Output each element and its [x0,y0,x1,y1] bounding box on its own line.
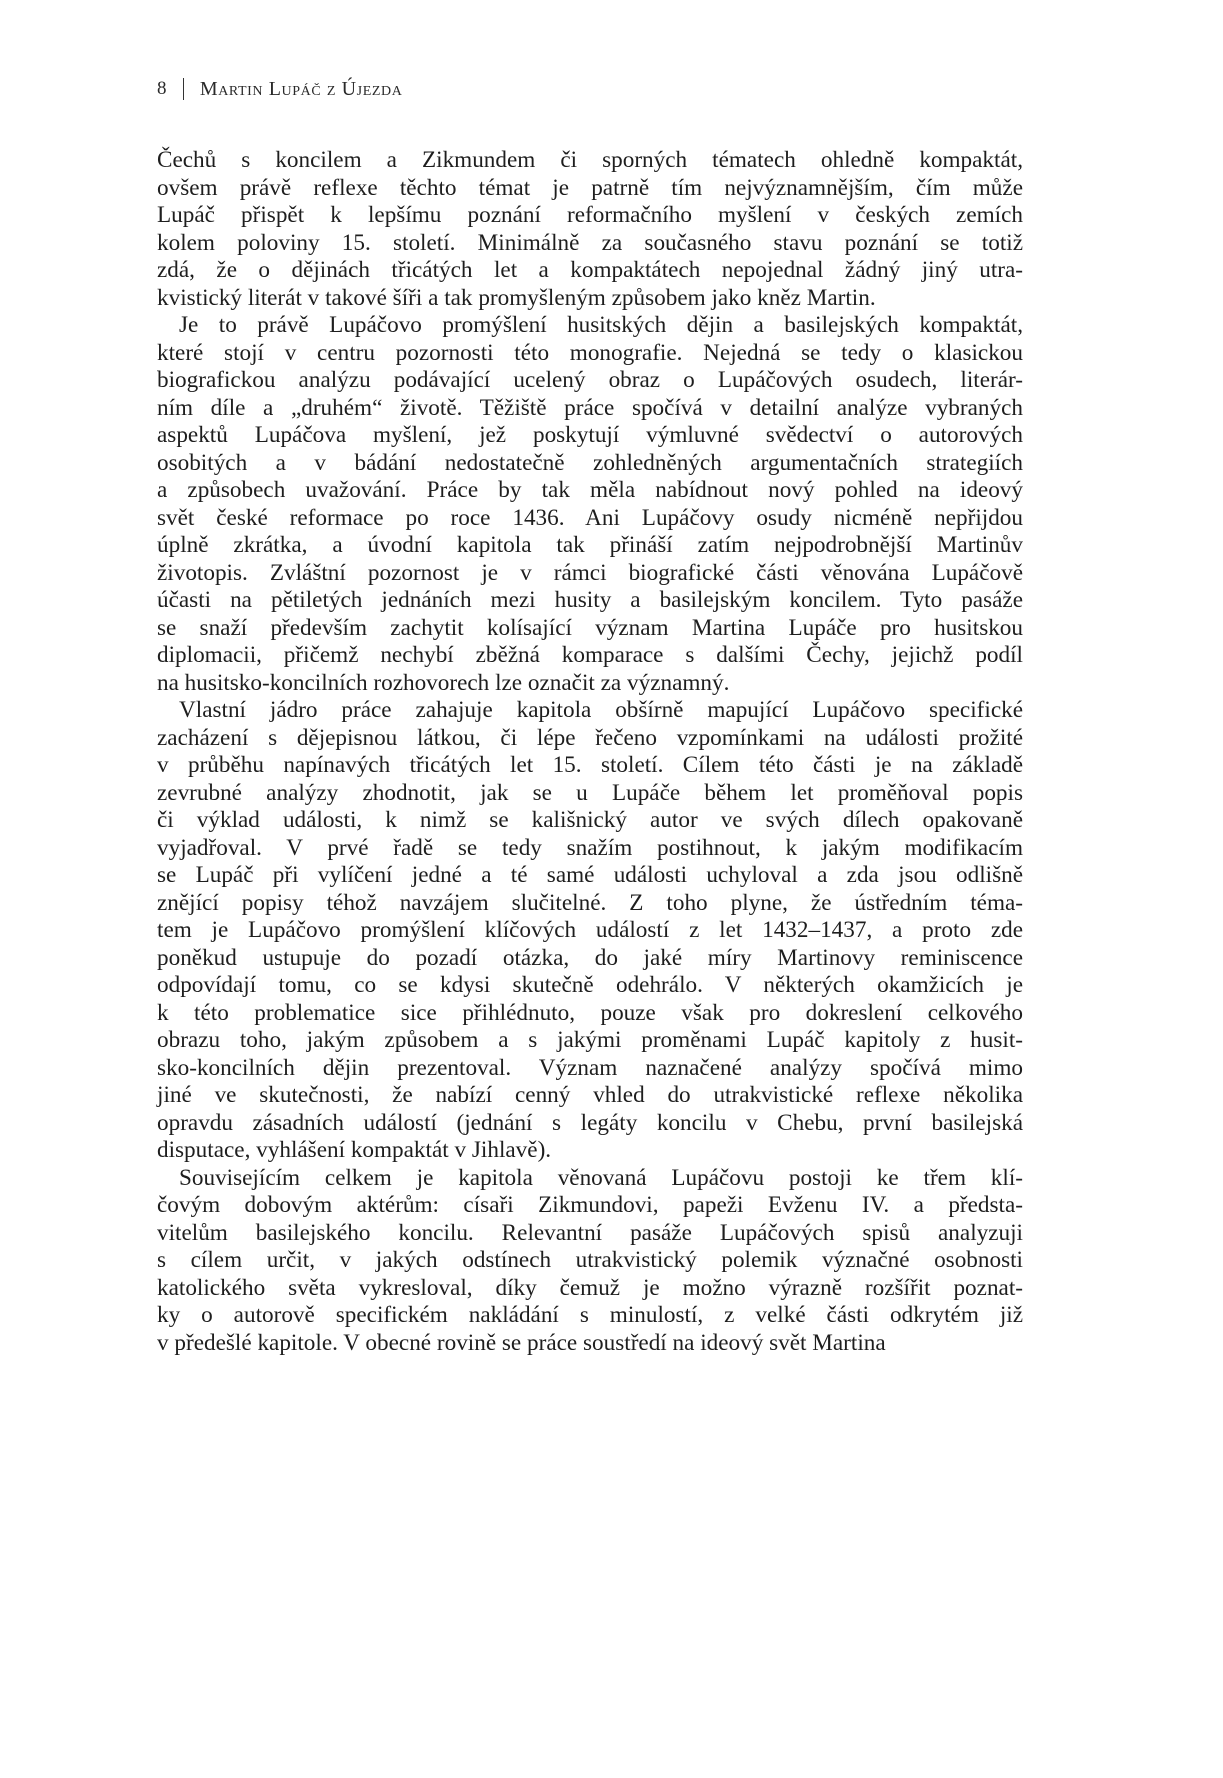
text-line: či výklad události, k nimž se kališnický… [157,807,1023,835]
paragraph: Čechů s koncilem a Zikmundem či sporných… [157,147,1023,312]
body-text: Čechů s koncilem a Zikmundem či sporných… [157,147,1023,1357]
text-line: znějící popisy téhož navzájem slučitelné… [157,890,1023,918]
text-line: svět české reformace po roce 1436. Ani L… [157,505,1023,533]
text-line: ním díle a „druhém“ životě. Těžiště prác… [157,395,1023,423]
text-line: se Lupáč při vylíčení jedné a té samé ud… [157,862,1023,890]
text-line: Lupáč přispět k lepšímu poznání reformač… [157,202,1023,230]
page-number: 8 [157,78,167,100]
paragraph: Je to právě Lupáčovo promýšlení husitský… [157,312,1023,697]
text-line: v průběhu napínavých třicátých let 15. s… [157,752,1023,780]
text-line: účasti na pětiletých jednáních mezi husi… [157,587,1023,615]
running-title: Martin Lupáč z Újezda [200,78,403,101]
text-line: Vlastní jádro práce zahajuje kapitola ob… [157,697,1023,725]
text-line: které stojí v centru pozornosti této mon… [157,340,1023,368]
text-line: zacházení s dějepisnou látkou, či lépe ř… [157,725,1023,753]
text-line: s cílem určit, v jakých odstínech utrakv… [157,1247,1023,1275]
text-line: jiné ve skutečnosti, že nabízí cenný vhl… [157,1082,1023,1110]
text-line: osobitých a v bádání nedostatečně zohled… [157,450,1023,478]
text-line: čovým dobovým aktérům: císaři Zikmundovi… [157,1192,1023,1220]
book-page: 8 Martin Lupáč z Újezda Čechů s koncilem… [0,0,1223,1778]
text-line: odpovídají tomu, co se kdysi skutečně od… [157,972,1023,1000]
paragraph: Vlastní jádro práce zahajuje kapitola ob… [157,697,1023,1165]
text-line: vyjadřoval. V prvé řadě se tedy snažím p… [157,835,1023,863]
text-line: vitelům basilejského koncilu. Relevantní… [157,1220,1023,1248]
text-line: ovšem právě reflexe těchto témat je patr… [157,175,1023,203]
text-line: opravdu zásadních událostí (jednání s le… [157,1110,1023,1138]
text-line: se snaží především zachytit kolísající v… [157,615,1023,643]
text-line: Souvisejícím celkem je kapitola věnovaná… [157,1165,1023,1193]
text-line: zevrubné analýzy zhodnotit, jak se u Lup… [157,780,1023,808]
text-line: úplně zkrátka, a úvodní kapitola tak při… [157,532,1023,560]
text-line: v předešlé kapitole. V obecné rovině se … [157,1330,1023,1358]
text-line: poněkud ustupuje do pozadí otázka, do ja… [157,945,1023,973]
running-head: 8 Martin Lupáč z Újezda [157,74,402,104]
text-line: a způsobech uvažování. Práce by tak měla… [157,477,1023,505]
text-line: Čechů s koncilem a Zikmundem či sporných… [157,147,1023,175]
text-line: aspektů Lupáčova myšlení, jež poskytují … [157,422,1023,450]
header-divider [183,78,184,100]
text-line: obrazu toho, jakým způsobem a s jakými p… [157,1027,1023,1055]
text-line: ky o autorově specifickém nakládání s mi… [157,1302,1023,1330]
text-line: životopis. Zvláštní pozornost je v rámci… [157,560,1023,588]
text-line: kolem poloviny 15. století. Minimálně za… [157,230,1023,258]
text-line: diplomacii, přičemž nechybí zběžná kompa… [157,642,1023,670]
text-line: kvistický literát v takové šíři a tak pr… [157,285,1023,313]
text-line: zdá, že o dějinách třicátých let a kompa… [157,257,1023,285]
text-line: Je to právě Lupáčovo promýšlení husitský… [157,312,1023,340]
text-line: na husitsko-koncilních rozhovorech lze o… [157,670,1023,698]
paragraph: Souvisejícím celkem je kapitola věnovaná… [157,1165,1023,1358]
text-line: sko-koncilních dějin prezentoval. Význam… [157,1055,1023,1083]
text-line: katolického světa vykresloval, díky čemu… [157,1275,1023,1303]
text-line: biografickou analýzu podávající ucelený … [157,367,1023,395]
text-line: tem je Lupáčovo promýšlení klíčových udá… [157,917,1023,945]
text-line: k této problematice sice přihlédnuto, po… [157,1000,1023,1028]
text-line: disputace, vyhlášení kompaktát v Jihlavě… [157,1137,1023,1165]
